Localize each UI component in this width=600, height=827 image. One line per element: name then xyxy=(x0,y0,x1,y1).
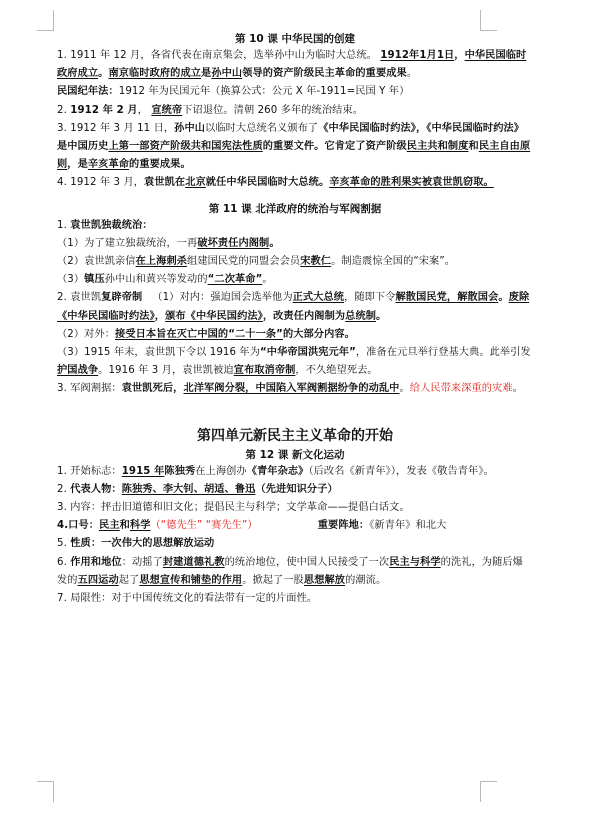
paragraph: 4. 1912 年 3 月，袁世凯在北京就任中华民国临时大总统。辛亥革命的胜利果… xyxy=(57,174,533,192)
text-segment: 1. xyxy=(57,220,70,231)
text-segment: 。制造震惊全国的“宋案”。 xyxy=(331,256,455,267)
text-segment: 。 xyxy=(98,68,108,79)
text-segment: ：动摇了 xyxy=(122,557,163,568)
unit-title: 第四单元新民主主义革命的开始 xyxy=(57,425,533,447)
paragraph: 民国纪年法：1912 年为民国元年（换算公式：公元 X 年-1911=民国 Y … xyxy=(57,83,533,101)
text-segment: ，是 xyxy=(67,159,88,170)
key-point-text: 封建道德礼教 xyxy=(163,557,225,568)
text-segment: （1）为了建立独裁统治，一再 xyxy=(57,238,197,249)
text-segment: 。 xyxy=(513,383,523,394)
text-segment: 1912 年 2 月 xyxy=(70,105,137,116)
text-segment: （1）对内：强迫国会选举他为 xyxy=(142,292,292,303)
text-segment: ，随即下令 xyxy=(344,292,395,303)
paragraph: 1. 1911 年 12 月，各省代表在南京集会，选举孙中山为临时大总统。 19… xyxy=(57,47,533,83)
spacer xyxy=(57,193,533,201)
text-segment: 就任中华民国临时大总统。 xyxy=(206,177,329,188)
key-point-text: 破坏责任内阁制 xyxy=(197,238,269,249)
text-segment: 3. 军阀割据： xyxy=(57,383,122,394)
paragraph: （3）1915 年末，袁世凯下令以 1916 年为“中华帝国洪宪元年”，准备在元… xyxy=(57,344,533,380)
paragraph: 7. 局限性：对于中国传统文化的看法带有一定的片面性。 xyxy=(57,590,533,608)
text-segment: 和 xyxy=(120,520,130,531)
key-point-text: 正式大总统 xyxy=(293,292,344,303)
text-segment: 1. 1911 年 12 月，各省代表在南京集会，选举孙中山为临时大总统。 xyxy=(57,50,380,61)
lesson-title: 第 12 课 新文化运动 xyxy=(57,447,533,463)
text-segment: 的潮流。 xyxy=(345,575,386,586)
key-point-text: 宣布取消帝制 xyxy=(234,365,296,376)
text-segment: 。 xyxy=(399,383,409,394)
text-segment: 在上海创办 xyxy=(195,466,246,477)
text-segment: 。 xyxy=(498,292,508,303)
text-segment: ，准备在元旦举行登基大典。此举引发 xyxy=(356,347,531,358)
key-point-text: 总统制 xyxy=(345,311,376,322)
key-point-text: 民主与科学 xyxy=(389,557,440,568)
paragraph: 3. 1912 年 3 月 11 日，孙中山以临时大总统名义颁布了《中华民国临时… xyxy=(57,120,533,175)
highlight-red-text: 给人民带来深重的灾难 xyxy=(410,383,513,394)
text-segment: 6. xyxy=(57,557,70,568)
spacer xyxy=(57,399,533,425)
page-corner-mark-bottom-right xyxy=(480,781,497,802)
text-segment: （后改名《新青年》），发表《敬告青年》。 xyxy=(308,466,493,477)
key-point-text: 思想宣传和铺垫的作用 xyxy=(139,575,242,586)
text-segment: ，不久绝望死去。 xyxy=(295,365,377,376)
text-segment: 的统治地位，使中国人民接受了一次 xyxy=(225,557,390,568)
paragraph: 1. 开始标志：1915 年陈独秀在上海创办《青年杂志》（后改名《新青年》），发… xyxy=(57,463,533,481)
page-corner-mark-bottom-left xyxy=(37,781,54,802)
text-segment: 袁世凯死后， xyxy=(122,383,184,394)
paragraph: 2. 1912 年 2 月， 宣统帝下诏退位。清朝 260 多年的统治结束。 xyxy=(57,102,533,120)
paragraph: 2. 袁世凯复辟帝制 （1）对内：强迫国会选举他为正式大总统，随即下令解散国民党… xyxy=(57,289,533,325)
key-point-text: 北洋军阀分裂，中国陷入军阀割据纷争的动乱中 xyxy=(183,383,399,394)
text-segment: 4. xyxy=(57,520,68,531)
key-point-text: 思想解放 xyxy=(304,575,345,586)
lesson-title: 第 11 课 北洋政府的统治与军阀割据 xyxy=(57,201,533,217)
text-segment: 。 xyxy=(407,68,417,79)
text-segment xyxy=(258,520,318,531)
text-segment: 作用和地位 xyxy=(70,557,121,568)
text-segment: （2）对外： xyxy=(57,329,115,340)
paragraph: 6. 作用和地位：动摇了封建道德礼教的统治地位，使中国人民接受了一次民主与科学的… xyxy=(57,554,533,590)
text-segment: 袁世凯独裁统治： xyxy=(70,220,152,231)
key-point-text: 护国战争 xyxy=(57,365,98,376)
text-segment: 。 xyxy=(376,311,386,322)
text-segment: （3）1915 年末，袁世凯下令以 1916 年为 xyxy=(57,347,260,358)
text-segment: 《中华民国临时约法》 xyxy=(318,123,416,134)
text-segment: 3. 1912 年 3 月 11 日， xyxy=(57,123,174,134)
key-point-text: 在上海刺杀 xyxy=(136,256,187,267)
text-segment: 起了 xyxy=(119,575,140,586)
text-segment: 是 xyxy=(201,68,211,79)
key-point-text: 解散国民党，解散国会 xyxy=(396,292,499,303)
text-segment: “中华帝国洪宪元年” xyxy=(260,347,356,358)
paragraph: 1. 袁世凯独裁统治： xyxy=(57,217,533,235)
text-segment: 孙中山 xyxy=(174,123,205,134)
text-segment: 的大部分内容。 xyxy=(283,329,355,340)
text-segment: 。1916 年 3 月，袁世凯被迫 xyxy=(98,365,234,376)
key-point-text: 宋教仁 xyxy=(300,256,331,267)
key-point-text: 科学 xyxy=(130,520,151,531)
paragraph: （3）镇压孙中山和黄兴等发动的“二次革命”。 xyxy=(57,271,533,289)
text-segment: 《新青年》和北大 xyxy=(369,520,446,531)
text-segment: 镇压 xyxy=(84,274,105,285)
text-segment: ， xyxy=(155,311,165,322)
key-point-text: 南京临时政府的成立 xyxy=(108,68,201,79)
paragraph: 3. 内容：抨击旧道德和旧文化；提倡民主与科学；文学革命——提倡白话文。 xyxy=(57,499,533,517)
text-segment: 。掀起了一股 xyxy=(242,575,304,586)
text-segment: 性质：一次伟大的思想解放运动 xyxy=(70,538,214,549)
key-point-text: 五四运动 xyxy=(78,575,119,586)
text-segment: 下诏退位。清朝 260 多年的统治结束。 xyxy=(182,105,363,116)
text-segment: （2）袁世凯亲信 xyxy=(57,256,136,267)
text-segment: ， xyxy=(416,123,426,134)
text-segment: （先进知识分子） xyxy=(255,484,337,495)
text-segment: 7. 局限性：对于中国传统文化的看法带有一定的片面性。 xyxy=(57,593,317,604)
text-segment: ， xyxy=(454,50,464,61)
key-point-text: 民主 xyxy=(99,520,120,531)
text-segment: ，改责任内阁制为 xyxy=(263,311,345,322)
text-segment: 民国纪年法： xyxy=(57,86,119,97)
key-point-text: 接受日本旨在灭亡中国的“二十一条” xyxy=(115,329,283,340)
key-point-text: 北京 xyxy=(185,177,206,188)
text-segment: 的重要文件。它肯定了资产阶级 xyxy=(263,141,407,152)
text-segment: 。 xyxy=(262,274,272,285)
key-point-text: 陈独秀、李大钊、胡适、鲁迅 xyxy=(122,484,256,495)
text-segment: 2. xyxy=(57,484,70,495)
text-segment: 复辟帝制 xyxy=(101,292,142,303)
text-segment: 5. xyxy=(57,538,70,549)
document-page: 第 10 课 中华民国的创建1. 1911 年 12 月，各省代表在南京集会，选… xyxy=(57,31,533,608)
page-corner-mark-top-right xyxy=(480,10,497,31)
paragraph: （2）对外：接受日本旨在灭亡中国的“二十一条”的大部分内容。 xyxy=(57,326,533,344)
key-point-text: 上第一部资产阶级共和国宪法性质 xyxy=(108,141,262,152)
text-segment: 1912 年为民国元年（换算公式：公元 X 年-1911=民国 Y 年） xyxy=(119,86,410,97)
key-point-text: 1915 年 xyxy=(122,466,165,477)
paragraph: 4.口号：民主和科学（“德先生” “赛先生”） 重要阵地：《新青年》和北大 xyxy=(57,517,533,535)
key-point-text: 辛亥革命 xyxy=(88,159,129,170)
text-segment: 陈独秀 xyxy=(164,466,195,477)
text-segment: 2. xyxy=(57,105,70,116)
text-segment: 代表人物： xyxy=(70,484,121,495)
text-segment: 袁世凯在 xyxy=(144,177,185,188)
text-segment: 的重要成果。 xyxy=(129,159,191,170)
text-segment: 以临时大总统名义颁布了 xyxy=(205,123,318,134)
key-point-text: “二次革命” xyxy=(208,274,263,285)
lesson-title: 第 10 课 中华民国的创建 xyxy=(57,31,533,47)
text-segment: 孙中山和黄兴等发动的 xyxy=(105,274,208,285)
text-segment: （3） xyxy=(57,274,84,285)
text-segment: 领导的资产阶级民主革命的重要成果 xyxy=(242,68,407,79)
text-segment: 和 xyxy=(469,141,479,152)
paragraph: 2. 代表人物：陈独秀、李大钊、胡适、鲁迅（先进知识分子） xyxy=(57,481,533,499)
text-segment: 口号： xyxy=(68,520,99,531)
key-point-text: 宣统帝 xyxy=(151,105,182,116)
key-point-text: 孙中山 xyxy=(211,68,242,79)
paragraph: 3. 军阀割据：袁世凯死后，北洋军阀分裂，中国陷入军阀割据纷争的动乱中。给人民带… xyxy=(57,380,533,398)
highlight-red-text: （“德先生” “赛先生”） xyxy=(151,520,258,531)
key-point-text: 民主共和制度 xyxy=(407,141,469,152)
text-segment: 重要阵地： xyxy=(318,520,369,531)
text-segment: 3. 内容：抨击旧道德和旧文化；提倡民主与科学；文学革命——提倡白话文。 xyxy=(57,502,410,513)
paragraph: （2）袁世凯亲信在上海刺杀组建国民党的同盟会会员宋教仁。制造震惊全国的“宋案”。 xyxy=(57,253,533,271)
text-segment: 。 xyxy=(269,238,279,249)
text-segment: 4. 1912 年 3 月， xyxy=(57,177,144,188)
text-segment: ， xyxy=(138,105,152,116)
text-segment: 《青年杂志》 xyxy=(247,466,309,477)
page-corner-mark-top-left xyxy=(37,10,54,31)
key-point-text: 颁布《中华民国约法》 xyxy=(165,311,263,322)
paragraph: 5. 性质：一次伟大的思想解放运动 xyxy=(57,535,533,553)
key-point-text: 辛亥革命的胜利果实被袁世凯窃取。 xyxy=(329,177,494,188)
key-point-text: 1912年1月1日 xyxy=(380,50,454,61)
paragraph: （1）为了建立独裁统治，一再破坏责任内阁制。 xyxy=(57,235,533,253)
text-segment: 1. 开始标志： xyxy=(57,466,122,477)
text-segment: 2. 袁世凯 xyxy=(57,292,101,303)
text-segment: 组建国民党的同盟会会员 xyxy=(187,256,300,267)
